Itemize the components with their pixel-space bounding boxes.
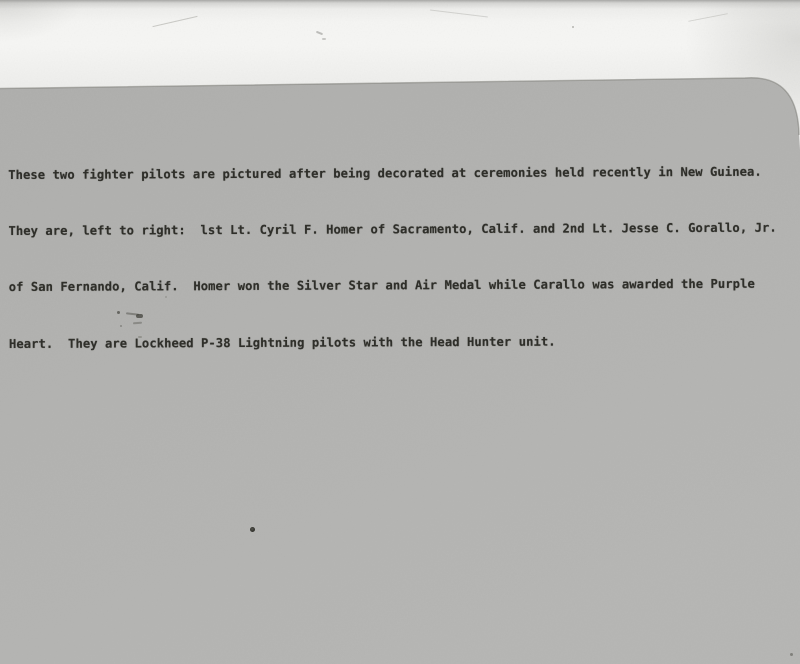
caption-line-1: These two fighter pilots are pictured af… [8,162,796,184]
caption-line-4: Heart. They are Lockheed P-38 Lightning … [9,331,797,353]
photo-verso-scan: These two fighter pilots are pictured af… [0,0,800,664]
paper-speck [790,653,793,656]
caption-line-2: They are, left to right: lst Lt. Cyril F… [8,219,796,241]
ink-dot [250,527,255,532]
caption-line-3: of San Fernando, Calif. Homer won the Si… [9,275,797,297]
typed-caption: These two fighter pilots are pictured af… [8,125,797,392]
